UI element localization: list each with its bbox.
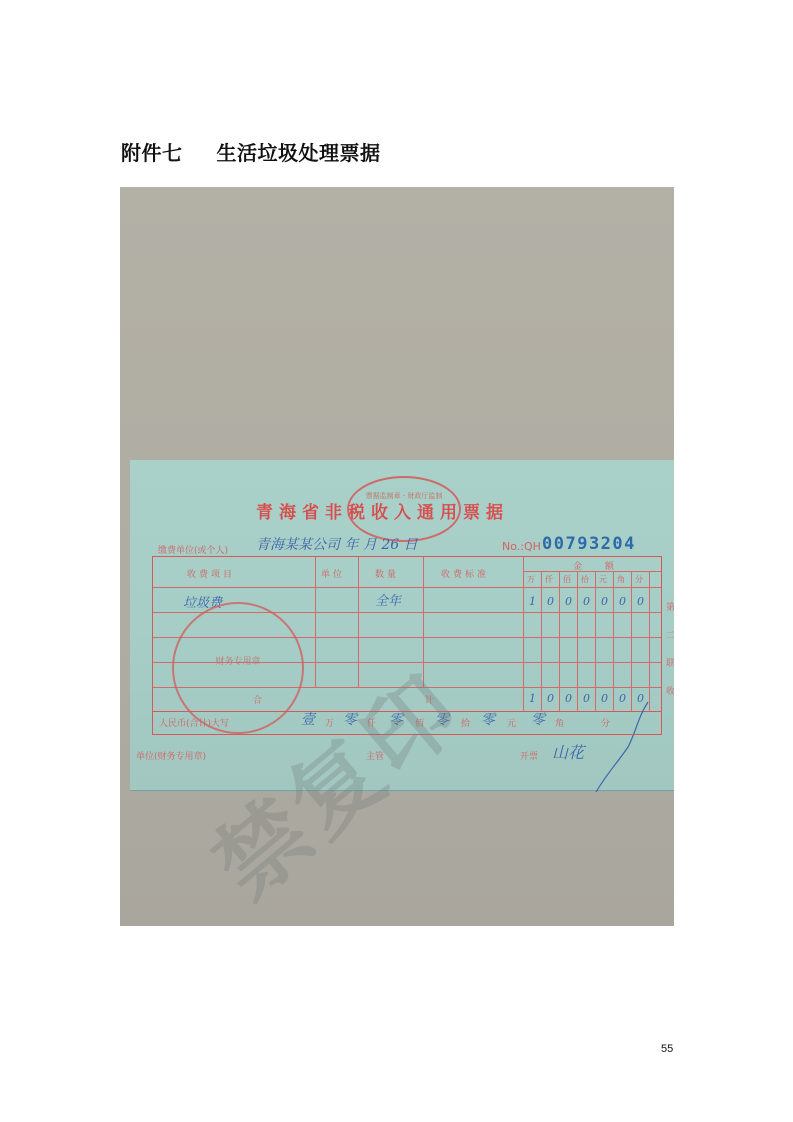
receipt: 青海省非税收入通用票据 票据监制章 · 财政厅监制 缴费单位(或个人) 青海某某… xyxy=(130,460,674,790)
table-divider xyxy=(423,557,424,687)
finance-seal-text: 财务专用章 xyxy=(174,654,302,667)
heading-prefix: 附件七 xyxy=(121,141,183,165)
receipt-number: 00793204 xyxy=(542,534,636,554)
amount-unit: 拾 xyxy=(581,574,589,585)
page-heading: 附件七生活垃圾处理票据 xyxy=(121,137,381,166)
table-divider xyxy=(358,557,359,687)
table-divider xyxy=(315,557,316,687)
number-label: No.:QH xyxy=(502,540,541,553)
column-header-unit: 单位 xyxy=(321,567,345,580)
oval-seal: 票据监制章 · 财政厅监制 xyxy=(347,476,461,542)
table-divider xyxy=(613,571,614,711)
daxie-unit: 分 xyxy=(601,716,610,729)
total-digit: 0 xyxy=(547,692,554,705)
table-divider xyxy=(153,587,661,588)
daxie-unit: 万 xyxy=(325,716,334,729)
daxie-unit: 元 xyxy=(507,716,516,729)
amount-unit: 仟 xyxy=(545,574,553,585)
daxie-value: 零 xyxy=(389,709,403,729)
row-digit: 0 xyxy=(619,595,626,608)
row-digit: 0 xyxy=(637,595,644,608)
table-divider xyxy=(541,571,542,711)
daxie-value: 零 xyxy=(481,709,495,729)
row-digit: 0 xyxy=(547,595,554,608)
row-digit: 0 xyxy=(583,595,590,608)
daxie-value: 零 xyxy=(343,709,357,729)
side-label: 联 xyxy=(666,656,674,669)
amount-unit: 佰 xyxy=(563,574,571,585)
column-header-quantity: 数量 xyxy=(375,567,399,580)
row-digit: 0 xyxy=(565,595,572,608)
receipt-photo: 青海省非税收入通用票据 票据监制章 · 财政厅监制 缴费单位(或个人) 青海某某… xyxy=(120,187,674,926)
side-label: 收 xyxy=(666,684,674,697)
issuer-label: 开票 xyxy=(520,749,538,762)
table-divider xyxy=(523,557,524,711)
table-divider xyxy=(559,571,560,711)
payer-handwritten: 青海某某公司 年 月 26 日 xyxy=(256,534,418,554)
column-header-standard: 收费标准 xyxy=(441,567,489,580)
column-header-amount: 金 额 xyxy=(573,559,624,572)
heading-title: 生活垃圾处理票据 xyxy=(217,141,381,165)
amount-unit: 分 xyxy=(635,574,643,585)
daxie-value: 壹 xyxy=(301,709,315,729)
amount-unit: 角 xyxy=(617,574,625,585)
daxie-value: 零 xyxy=(531,709,545,729)
table-divider xyxy=(577,571,578,711)
daxie-unit: 角 xyxy=(555,716,564,729)
table-divider xyxy=(649,571,650,711)
daxie-value: 零 xyxy=(435,709,449,729)
amount-unit: 元 xyxy=(599,574,607,585)
page-number: 55 xyxy=(661,1043,673,1055)
daxie-unit: 仟 xyxy=(367,716,376,729)
table-divider xyxy=(595,571,596,711)
payer-label: 缴费单位(或个人) xyxy=(158,543,228,556)
supervisor-label: 主管 xyxy=(366,749,384,762)
total-digit: 1 xyxy=(529,692,536,705)
finance-seal: 财务专用章 xyxy=(172,602,304,734)
side-label: 第 xyxy=(666,600,674,613)
amount-unit: 万 xyxy=(527,574,535,585)
row-digit: 0 xyxy=(601,595,608,608)
unit-seal-label: 单位(财务专用章) xyxy=(136,749,206,762)
daxie-unit: 拾 xyxy=(461,716,470,729)
table-divider xyxy=(631,571,632,711)
issuer-signature: 山花 xyxy=(552,740,584,763)
row-quantity: 全年 xyxy=(375,590,401,609)
oval-seal-text: 票据监制章 · 财政厅监制 xyxy=(349,490,459,502)
side-label: 二 xyxy=(666,628,674,641)
column-header-item: 收费项目 xyxy=(187,567,235,580)
total-digit: 0 xyxy=(565,692,572,705)
daxie-unit: 佰 xyxy=(415,716,424,729)
row-digit: 1 xyxy=(529,595,536,608)
